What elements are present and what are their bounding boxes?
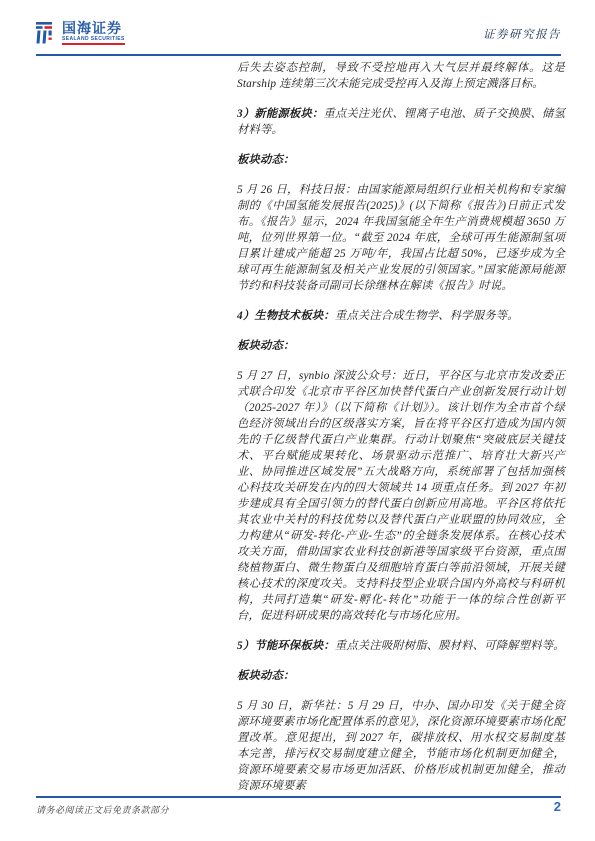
dynamics-label: 板块动态： (237, 668, 565, 684)
section-heading-energy-saving: 5）节能环保板块：重点关注吸附树脂、膜材料、可降解塑料等。 (237, 638, 565, 654)
brand-name-en: SEALAND SECURITIES (62, 37, 125, 45)
footer-rule (36, 796, 561, 798)
section-summary: 重点关注吸附树脂、膜材料、可降解塑料等。 (335, 640, 565, 652)
header: 国海证券 SEALAND SECURITIES 证券研究报告 (36, 21, 561, 45)
brand-text: 国海证券 SEALAND SECURITIES (62, 21, 125, 45)
section-label: 4）生物技术板块： (237, 310, 335, 322)
section-summary: 重点关注合成生物学、科学服务等。 (335, 310, 519, 322)
report-body: 后失去姿态控制，导致不受控地再入大气层并最终解体。这是 Starship 连续第… (237, 60, 565, 794)
report-page: 国海证券 SEALAND SECURITIES 证券研究报告 后失去姿态控制，导… (0, 0, 595, 841)
footer-disclaimer: 请务必阅读正文后免责条款部分 (36, 803, 169, 816)
intro-paragraph: 后失去姿态控制，导致不受控地再入大气层并最终解体。这是 Starship 连续第… (237, 60, 565, 92)
doc-type-label: 证券研究报告 (483, 26, 561, 45)
dynamics-paragraph-biotech: 5 月 27 日，synbio 深波公众号：近日，平谷区与北京市发改委正式联合印… (237, 368, 565, 624)
dynamics-paragraph-energy-saving: 5 月 30 日，新华社：5 月 29 日，中办、国办印发《关于健全资源环境要素… (237, 698, 565, 794)
brand-name: 国海证券 (62, 21, 125, 35)
section-label: 3）新能源板块： (237, 108, 323, 120)
dynamics-label: 板块动态： (237, 152, 565, 168)
sealand-logo-icon (36, 21, 58, 45)
section-heading-new-energy: 3）新能源板块：重点关注光伏、锂离子电池、质子交换膜、储氢材料等。 (237, 106, 565, 138)
section-label: 5）节能环保板块： (237, 640, 335, 652)
brand-logo: 国海证券 SEALAND SECURITIES (36, 21, 125, 45)
header-rule (36, 54, 561, 56)
dynamics-label: 板块动态： (237, 338, 565, 354)
page-number: 2 (554, 799, 561, 814)
dynamics-paragraph-new-energy: 5 月 26 日，科技日报：由国家能源局组织行业相关机构和专家编制的《中国氢能发… (237, 182, 565, 294)
section-heading-biotech: 4）生物技术板块：重点关注合成生物学、科学服务等。 (237, 308, 565, 324)
